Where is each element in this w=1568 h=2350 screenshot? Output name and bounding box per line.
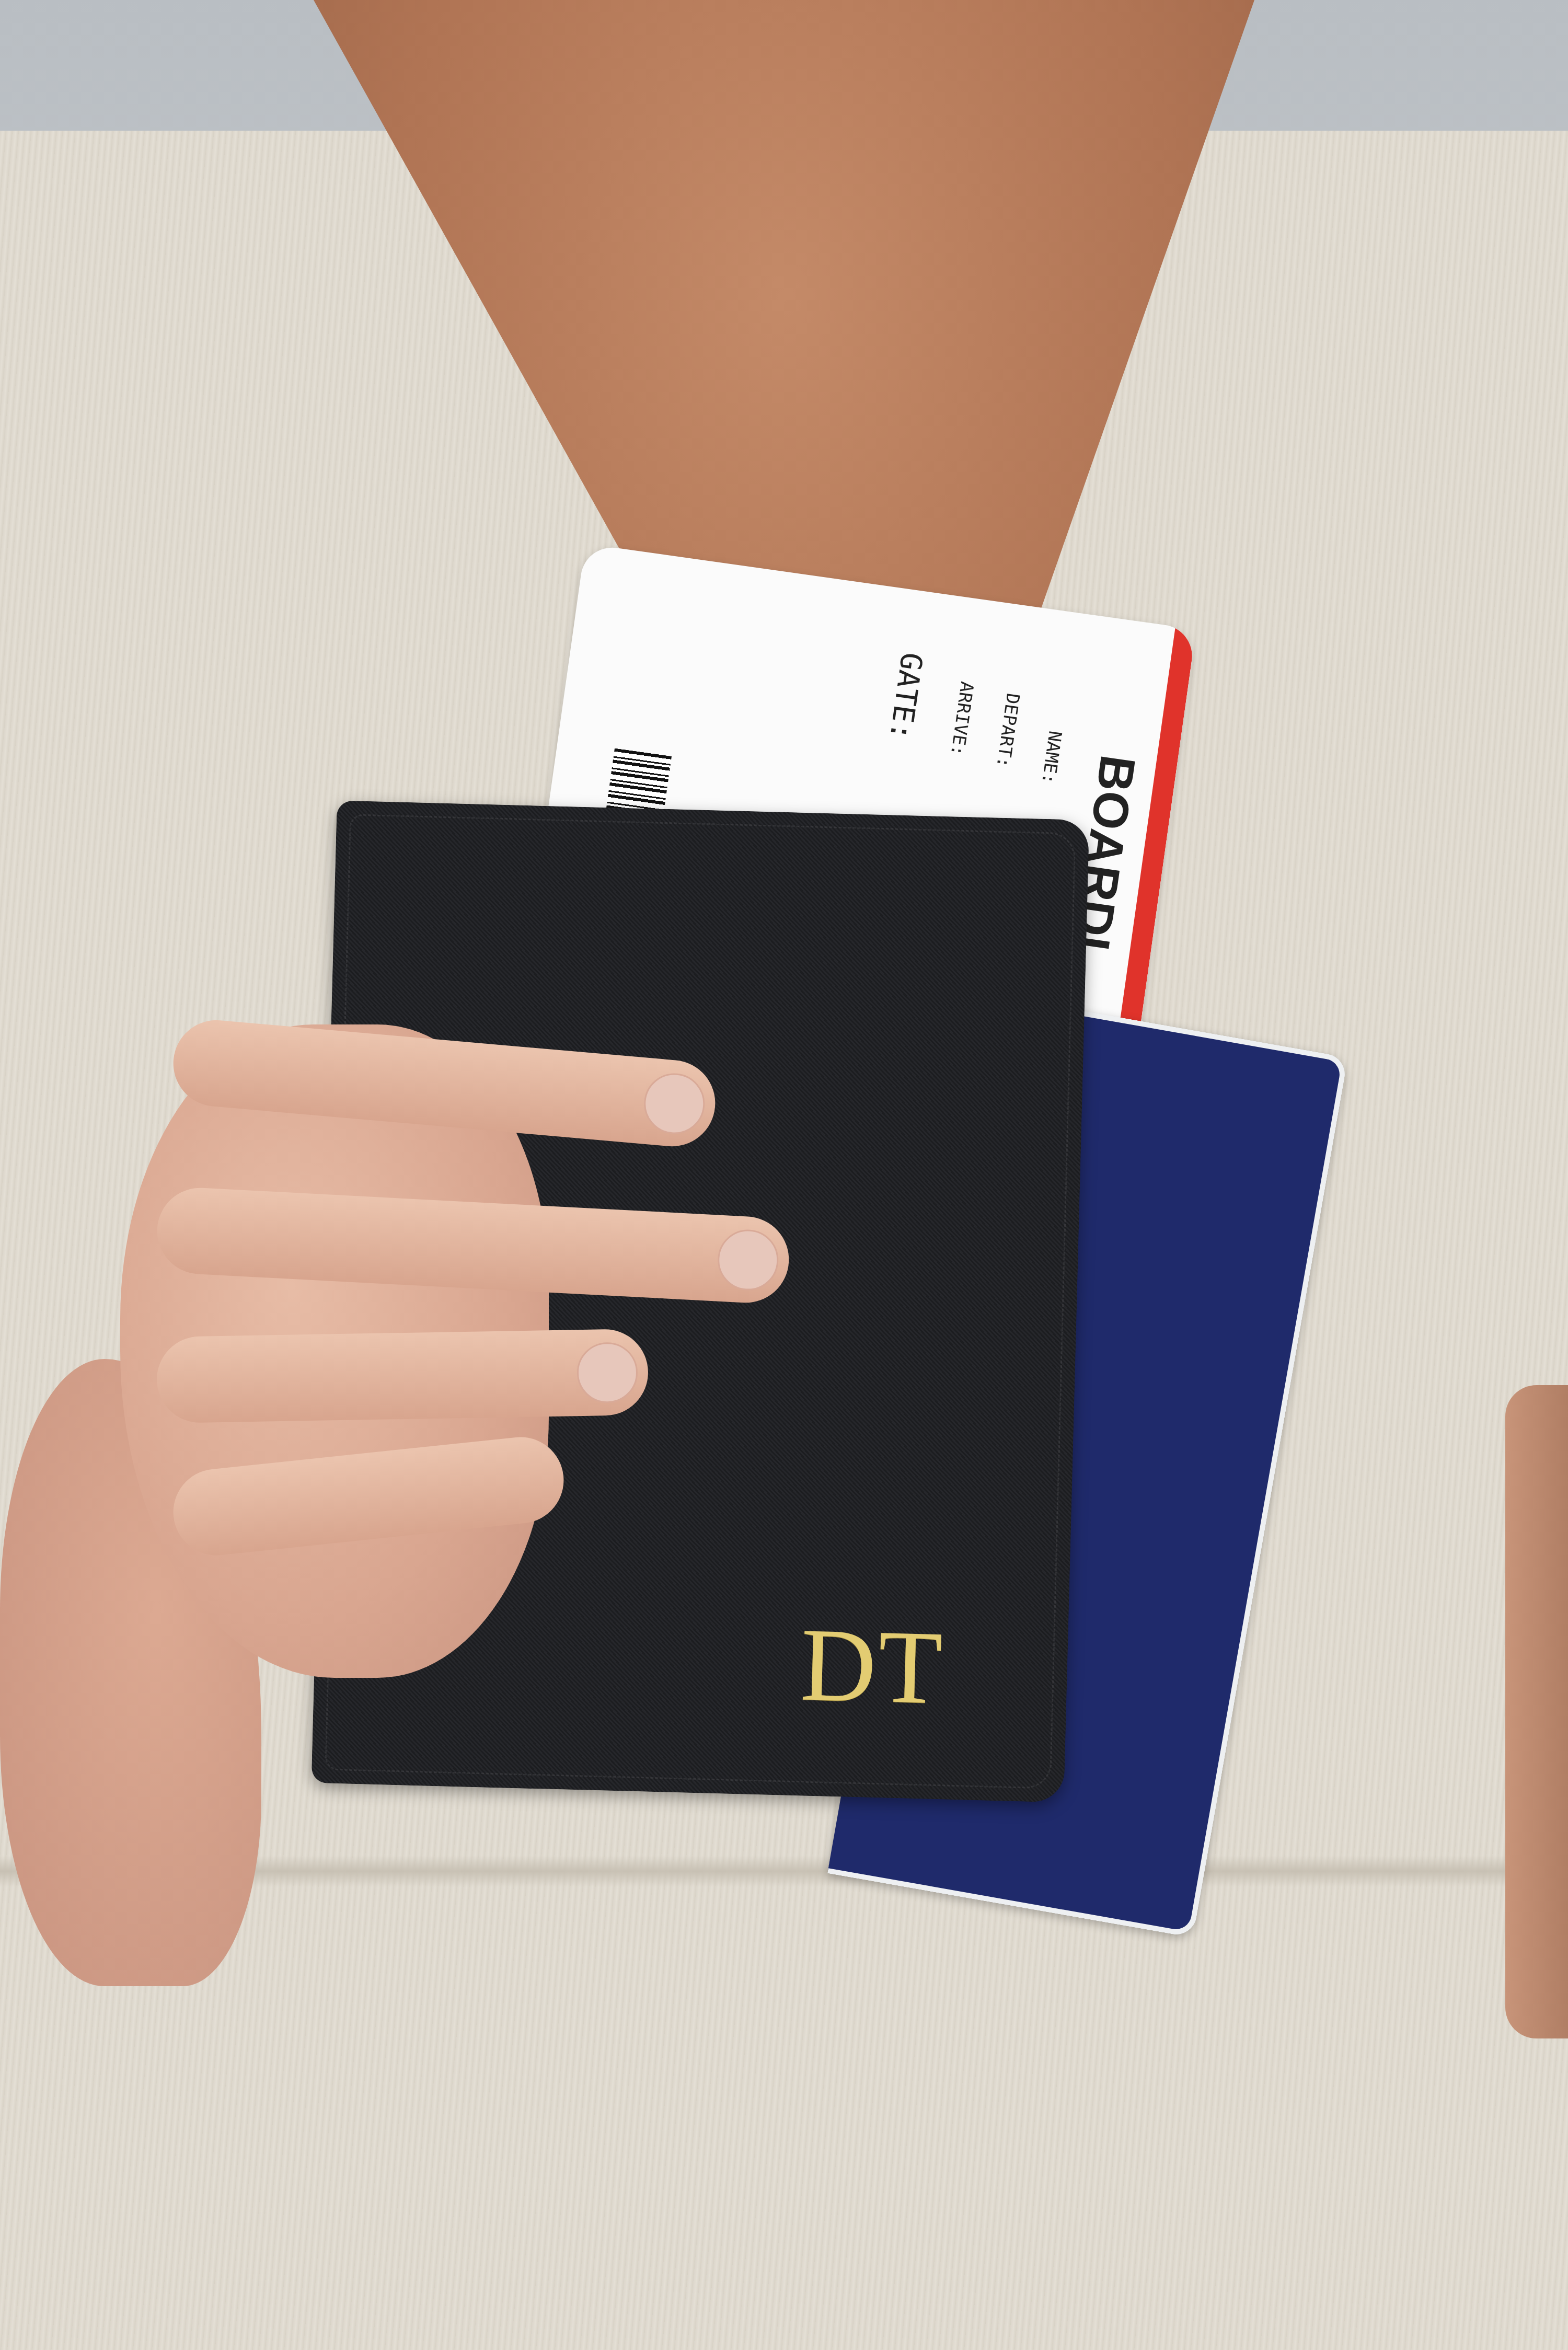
right-arm bbox=[1505, 1385, 1568, 2038]
fingernail bbox=[641, 1071, 707, 1137]
ticket-label-arrive: ARRIVE: bbox=[947, 680, 978, 757]
ticket-label-name: NAME: bbox=[1037, 730, 1066, 786]
ticket-label-gate: GATE: bbox=[883, 650, 929, 742]
ring-finger bbox=[156, 1329, 649, 1423]
ticket-label-depart: DEPART: bbox=[992, 692, 1023, 769]
fingernail bbox=[577, 1342, 638, 1403]
photo-scene: BOARDI NAME: TILOCC DEPART: DENPAS ARRIV… bbox=[0, 0, 1568, 2350]
monogram: DT bbox=[799, 1605, 946, 1728]
fingernail bbox=[716, 1228, 780, 1292]
